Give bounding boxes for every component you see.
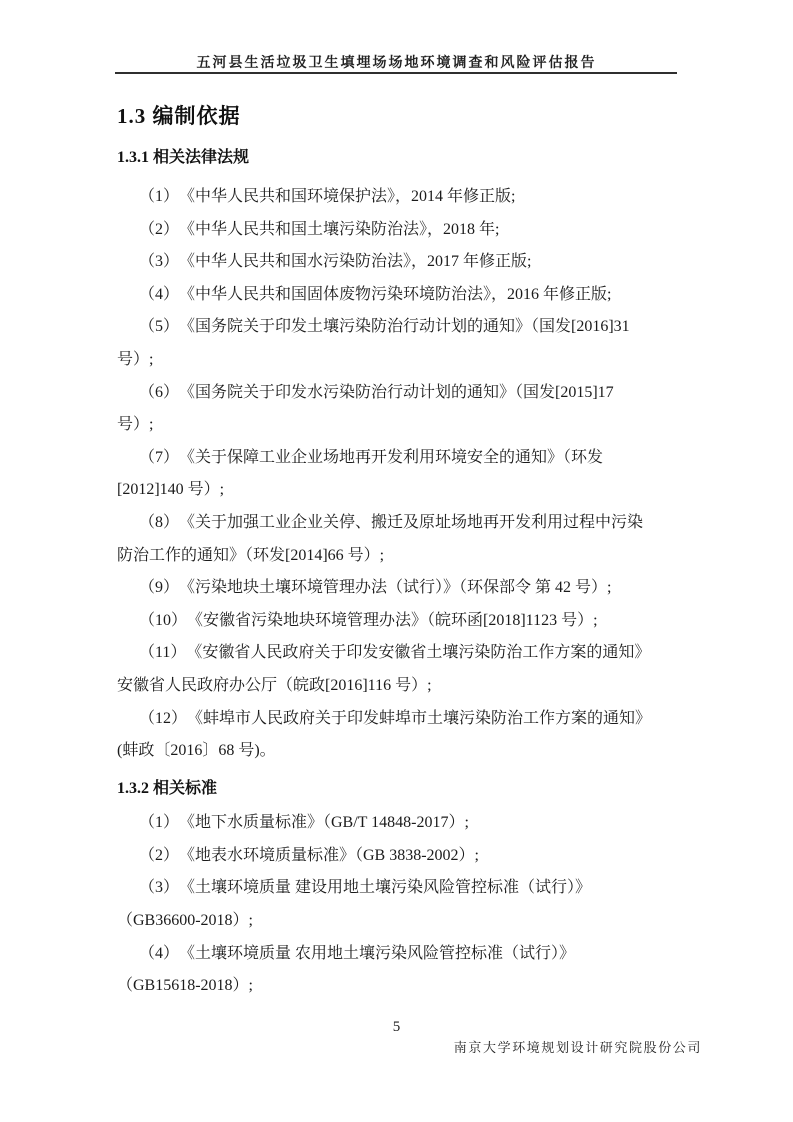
header-rule [115, 72, 677, 74]
subsection-heading-standards: 1.3.2 相关标准 [117, 773, 679, 806]
law-item-4-line-1: （4） 《中华人民共和国固体废物污染环境防治法》，2016 年修正版; [117, 279, 679, 312]
law-item-8-line-2: 防治工作的通知》（环发[2014]66 号）; [117, 540, 679, 573]
law-item-3-line-1: （3） 《中华人民共和国水污染防治法》，2017 年修正版; [117, 246, 679, 279]
law-item-12-line-1: （12） 《蚌埠市人民政府关于印发蚌埠市土壤污染防治工作方案的通知》 [117, 703, 679, 736]
law-item-11-line-2: 安徽省人民政府办公厅（皖政[2016]116 号）; [117, 670, 679, 703]
standard-item-4-line-2: （GB15618-2018）; [117, 970, 679, 1003]
standard-item-2-line-1: （2） 《地表水环境质量标准》（GB 3838-2002）; [117, 840, 679, 873]
law-item-11-line-1: （11） 《安徽省人民政府关于印发安徽省土壤污染防治工作方案的通知》 [117, 637, 679, 670]
standard-item-4-line-1: （4） 《土壤环境质量 农用地土壤污染风险管控标准（试行）》 [117, 938, 679, 971]
law-item-5-line-1: （5） 《国务院关于印发土壤污染防治行动计划的通知》（国发[2016]31 [117, 311, 679, 344]
page-header-title: 五河县生活垃圾卫生填埋场场地环境调查和风险评估报告 [0, 52, 793, 72]
law-item-6-line-1: （6） 《国务院关于印发水污染防治行动计划的通知》（国发[2015]17 [117, 377, 679, 410]
standard-item-3-line-1: （3） 《土壤环境质量 建设用地土壤污染风险管控标准（试行）》 [117, 872, 679, 905]
law-item-1-line-1: （1） 《中华人民共和国环境保护法》，2014 年修正版; [117, 181, 679, 214]
page-number: 5 [0, 1019, 793, 1036]
law-item-12-line-2: (蚌政〔2016〕68 号)。 [117, 735, 679, 768]
standard-item-1-line-1: （1） 《地下水质量标准》（GB/T 14848-2017）; [117, 807, 679, 840]
document-body: （1） 《中华人民共和国环境保护法》，2014 年修正版; （2） 《中华人民共… [117, 181, 679, 1003]
document-page: 五河县生活垃圾卫生填埋场场地环境调查和风险评估报告 1.3 编制依据 1.3.1… [0, 0, 793, 1122]
company-name: 南京大学环境规划设计研究院股份公司 [454, 1037, 702, 1056]
law-item-6-line-2: 号）; [117, 409, 679, 442]
section-heading: 1.3 编制依据 [117, 100, 241, 130]
law-item-7-line-1: （7） 《关于保障工业企业场地再开发利用环境安全的通知》（环发 [117, 442, 679, 475]
law-item-9-line-1: （9） 《污染地块土壤环境管理办法（试行）》（环保部令 第 42 号）; [117, 572, 679, 605]
law-item-7-line-2: [2012]140 号）; [117, 474, 679, 507]
subsection-heading-laws: 1.3.1 相关法律法规 [117, 144, 249, 167]
law-item-5-line-2: 号）; [117, 344, 679, 377]
standard-item-3-line-2: （GB36600-2018）; [117, 905, 679, 938]
law-item-10-line-1: （10） 《安徽省污染地块环境管理办法》（皖环函[2018]1123 号）; [117, 605, 679, 638]
law-item-8-line-1: （8） 《关于加强工业企业关停、搬迁及原址场地再开发利用过程中污染 [117, 507, 679, 540]
law-item-2-line-1: （2） 《中华人民共和国土壤污染防治法》，2018 年; [117, 214, 679, 247]
